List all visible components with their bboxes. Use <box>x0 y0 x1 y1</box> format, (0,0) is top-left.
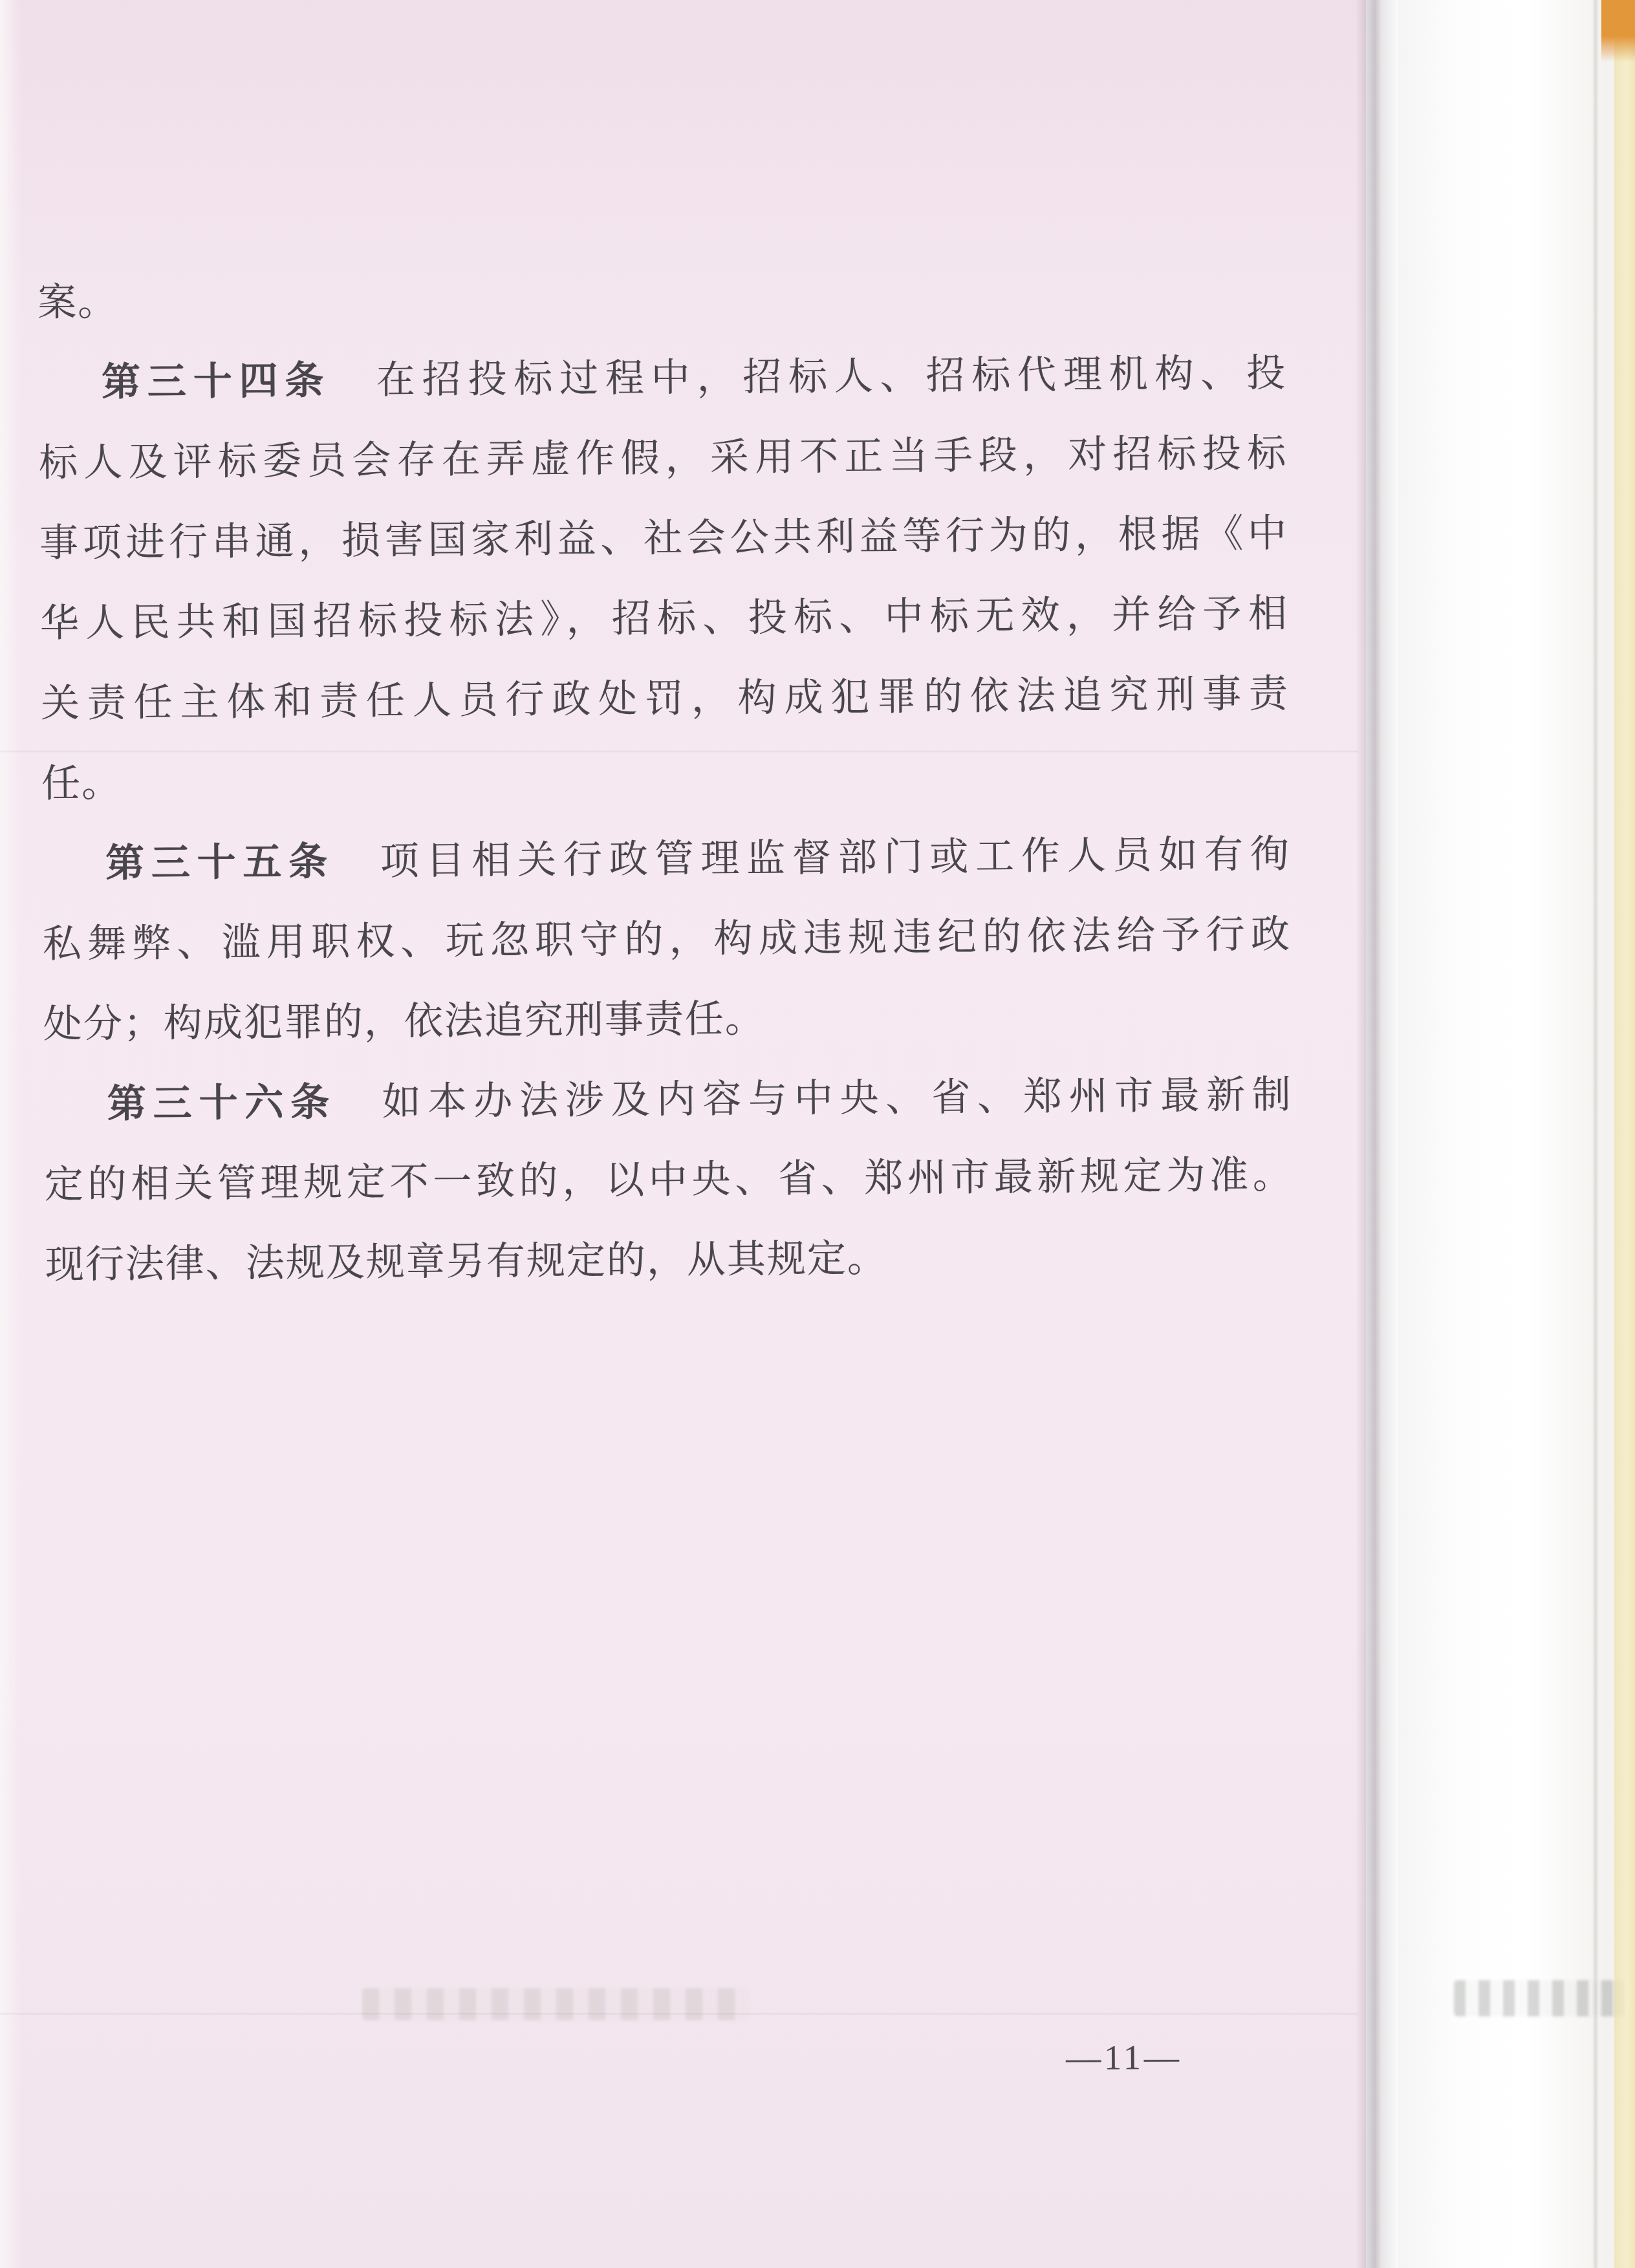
article-number: 第三十四条 <box>102 359 331 404</box>
text-line: 定的相关管理规定不一致的，以中央、省、郑州市最新规定为准。 <box>44 1135 1293 1225</box>
text-line-article-36: 第三十六条 如本办法涉及内容与中央、省、郑州市最新制 <box>43 1055 1292 1145</box>
text-line: 案。 <box>38 253 1286 343</box>
article-number: 第三十五条 <box>105 840 335 885</box>
ink-showthrough-smudge <box>1454 1980 1625 2016</box>
backing-sheet <box>1398 0 1635 2268</box>
text-line: 标人及评标委员会存在弄虚作假，采用不正当手段，对招标投标 <box>39 413 1288 503</box>
article-text: 如本办法涉及内容与中央、省、郑州市最新制 <box>336 1074 1292 1124</box>
text-line: 关责任主体和责任人员行政处罚，构成犯罪的依法追究刑事责 <box>41 654 1290 744</box>
paper-left-highlight <box>0 0 22 2268</box>
sheet-edge-line <box>1592 0 1599 2268</box>
text-line: 处分；构成犯罪的，依法追究刑事责任。 <box>43 975 1292 1064</box>
corner-patch <box>1601 0 1635 62</box>
text-line: 事项进行串通，损害国家利益、社会公共利益等行为的，根据《中 <box>39 493 1288 583</box>
page-edge-shadow <box>1356 0 1398 2268</box>
text-line-article-35: 第三十五条 项目相关行政管理监督部门或工作人员如有徇 <box>41 814 1290 904</box>
text-line: 现行法律、法规及规章另有规定的，从其规定。 <box>45 1215 1294 1305</box>
page-number: —11— <box>1066 2036 1260 2078</box>
text-line-article-34: 第三十四条 在招投标过程中，招标人、招标代理机构、投 <box>38 333 1287 423</box>
text-line: 私舞弊、滥用职权、玩忽职守的，构成违规违纪的依法给予行政 <box>42 894 1291 984</box>
article-text: 项目相关行政管理监督部门或工作人员如有徇 <box>334 833 1290 883</box>
edge-strip <box>1614 0 1635 2268</box>
document-text-block: 案。 第三十四条 在招投标过程中，招标人、招标代理机构、投 标人及评标委员会存在… <box>38 253 1294 1305</box>
text-line: 华人民共和国招标投标法》，招标、投标、中标无效，并给予相 <box>40 574 1289 664</box>
article-number: 第三十六条 <box>107 1081 337 1125</box>
scanned-document-page: 案。 第三十四条 在招投标过程中，招标人、招标代理机构、投 标人及评标委员会存在… <box>0 0 1635 2268</box>
article-text: 在招投标过程中，招标人、招标代理机构、投 <box>330 352 1286 402</box>
ink-showthrough-smudge <box>362 1988 750 2020</box>
text-line: 任。 <box>41 734 1290 824</box>
